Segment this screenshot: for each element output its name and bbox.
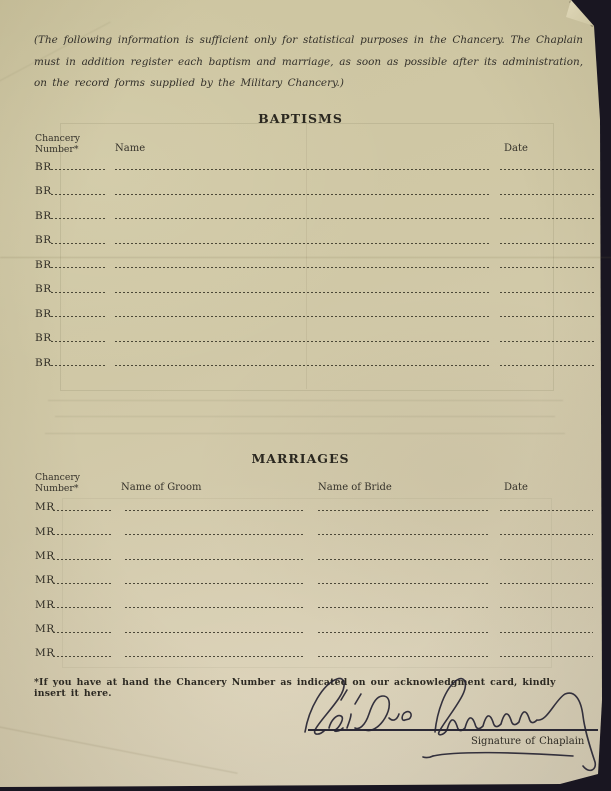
groom-name-line[interactable] (125, 582, 305, 584)
baptism-row: BR (0, 296, 611, 321)
bride-name-line[interactable] (318, 509, 490, 511)
baptism-row: BR (0, 321, 611, 346)
baptism-row: BR (0, 247, 611, 272)
chancery-number-prefix: BR (35, 210, 52, 222)
intro-note: (The following information is sufficient… (34, 30, 583, 95)
chancery-number-prefix: BR (35, 283, 52, 295)
name-line[interactable] (115, 365, 489, 367)
groom-name-line[interactable] (125, 558, 305, 560)
date-line[interactable] (500, 509, 593, 511)
groom-name-line[interactable] (125, 631, 305, 633)
marriages-title: MARRIAGES (0, 451, 601, 466)
bride-name-line[interactable] (318, 607, 490, 609)
chancery-number-prefix: BR (35, 332, 52, 344)
bleed-through-ghosting (48, 400, 563, 401)
marriage-row: MR (0, 587, 611, 611)
bleed-through-ghosting (45, 433, 565, 434)
chancery-number-prefix: BR (35, 234, 52, 246)
bleed-through-ghosting (55, 416, 555, 417)
baptisms-title: BAPTISMS (0, 111, 601, 126)
date-line[interactable] (500, 242, 594, 244)
chancery-number-prefix: MR (35, 526, 55, 538)
chancery-number-prefix: BR (35, 161, 52, 173)
date-line[interactable] (500, 631, 593, 633)
baptism-row: BR (0, 223, 611, 248)
baptism-row: BR (0, 345, 611, 370)
date-line[interactable] (500, 340, 594, 342)
name-line[interactable] (115, 218, 489, 220)
bride-name-line[interactable] (318, 631, 490, 633)
date-line[interactable] (500, 218, 594, 220)
date-line[interactable] (500, 267, 594, 269)
chancery-number-prefix: BR (35, 185, 52, 197)
chancery-number-prefix: BR (35, 259, 52, 271)
chancery-number-line[interactable] (53, 607, 111, 609)
chancery-number-line[interactable] (51, 193, 107, 195)
marriages-rows: MR MR MR MR MR MR (0, 490, 611, 660)
marriage-row: MR (0, 490, 611, 514)
chancery-number-line[interactable] (53, 631, 111, 633)
marriages-col-chancery: Chancery (35, 472, 80, 483)
chancery-number-line[interactable] (51, 340, 107, 342)
bride-name-line[interactable] (318, 558, 490, 560)
chancery-number-line[interactable] (51, 218, 107, 220)
groom-name-line[interactable] (125, 509, 305, 511)
date-line[interactable] (500, 607, 593, 609)
marriage-row: MR (0, 563, 611, 587)
chaplain-signature (285, 648, 605, 778)
chancery-number-prefix: BR (35, 357, 52, 369)
baptism-row: BR (0, 174, 611, 199)
chancery-number-line[interactable] (53, 582, 111, 584)
name-line[interactable] (115, 242, 489, 244)
date-line[interactable] (500, 582, 593, 584)
date-line[interactable] (500, 316, 594, 318)
chancery-number-prefix: MR (35, 501, 55, 513)
date-line[interactable] (500, 534, 593, 536)
chancery-number-line[interactable] (53, 655, 111, 657)
chancery-number-prefix: MR (35, 599, 55, 611)
date-line[interactable] (500, 365, 594, 367)
name-line[interactable] (115, 340, 489, 342)
name-line[interactable] (115, 316, 489, 318)
date-line[interactable] (500, 558, 593, 560)
paper-crease (0, 723, 238, 774)
folded-corner (562, 0, 602, 30)
name-line[interactable] (115, 291, 489, 293)
chancery-number-line[interactable] (53, 534, 111, 536)
bride-name-line[interactable] (318, 582, 490, 584)
baptisms-rows: BR BR BR BR BR BR BR (0, 149, 611, 370)
name-line[interactable] (115, 267, 489, 269)
chancery-number-line[interactable] (51, 267, 107, 269)
groom-name-line[interactable] (125, 534, 305, 536)
chancery-number-prefix: MR (35, 623, 55, 635)
chancery-number-line[interactable] (51, 291, 107, 293)
bride-name-line[interactable] (318, 534, 490, 536)
chancery-number-prefix: MR (35, 550, 55, 562)
chancery-number-line[interactable] (51, 242, 107, 244)
chancery-number-line[interactable] (51, 365, 107, 367)
name-line[interactable] (115, 193, 489, 195)
chancery-number-prefix: MR (35, 647, 55, 659)
chancery-number-prefix: MR (35, 574, 55, 586)
chancery-number-line[interactable] (51, 316, 107, 318)
date-line[interactable] (500, 291, 594, 293)
chancery-number-line[interactable] (53, 558, 111, 560)
date-line[interactable] (500, 169, 594, 171)
marriage-row: MR (0, 612, 611, 636)
baptism-row: BR (0, 272, 611, 297)
marriage-row: MR (0, 514, 611, 538)
name-line[interactable] (115, 169, 489, 171)
chancery-number-prefix: BR (35, 308, 52, 320)
baptism-row: BR (0, 149, 611, 174)
date-line[interactable] (500, 193, 594, 195)
groom-name-line[interactable] (125, 655, 305, 657)
chancery-number-line[interactable] (53, 509, 111, 511)
baptism-row: BR (0, 198, 611, 223)
chancery-number-line[interactable] (51, 169, 107, 171)
baptisms-col-chancery: Chancery (35, 133, 80, 144)
groom-name-line[interactable] (125, 607, 305, 609)
form-content: (The following information is sufficient… (0, 0, 611, 791)
marriage-row: MR (0, 539, 611, 563)
